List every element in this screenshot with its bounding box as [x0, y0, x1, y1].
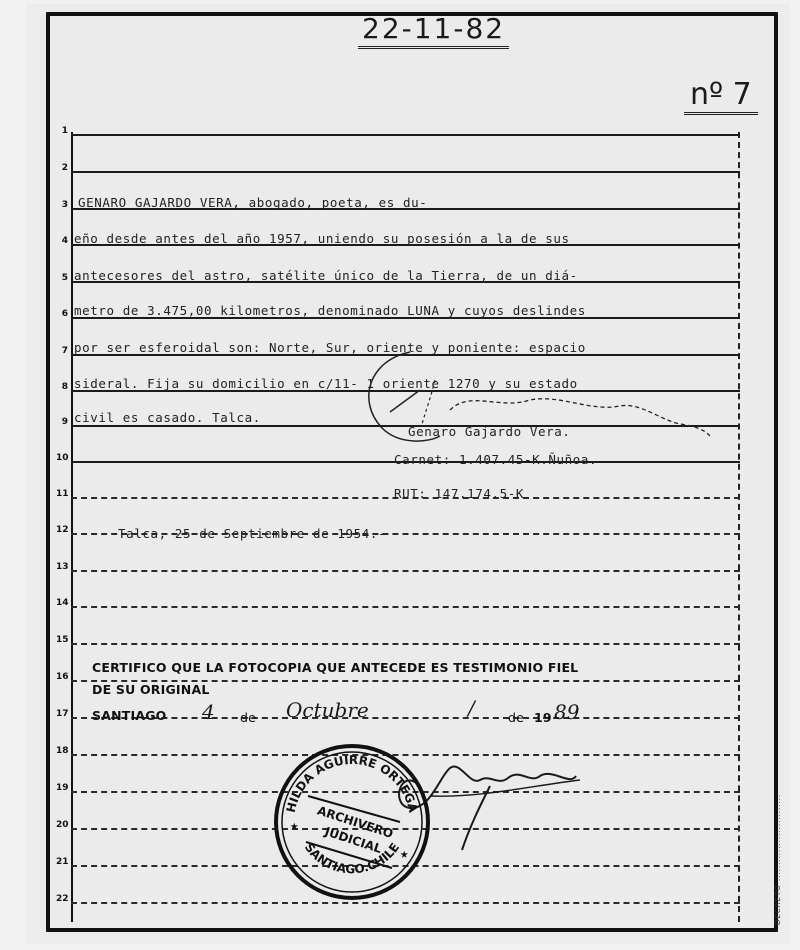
line-number: 10: [56, 453, 68, 463]
form-rule: [71, 606, 740, 608]
line-number: 6: [56, 309, 68, 319]
line-number: 8: [56, 382, 68, 392]
certification-year-suffix: 89: [554, 700, 579, 724]
signer-rut: RUT: 147.174.5-K: [394, 486, 524, 501]
certification-mark: /: [468, 696, 475, 720]
line-number: 22: [56, 894, 68, 904]
certification-year-prefix: 19: [534, 710, 552, 725]
line-number: 4: [56, 236, 68, 246]
form-rule: [71, 570, 740, 572]
place-and-date: Talca, 25 de Septiembre de 1954.-: [118, 526, 386, 541]
body-line-2: eño desde antes del año 1957, uniendo su…: [74, 231, 570, 246]
body-line-1: GENARO GAJARDO VERA, abogado, poeta, es …: [78, 195, 427, 210]
line-number: 9: [56, 417, 68, 427]
line-number: 16: [56, 672, 68, 682]
certification-line-1: CERTIFICO QUE LA FOTOCOPIA QUE ANTECEDE …: [92, 660, 578, 675]
side-print-text: DECRETO ...........................: [774, 745, 788, 925]
line-number: 17: [56, 709, 68, 719]
form-rule: [71, 902, 740, 904]
line-number: 20: [56, 820, 68, 830]
line-number: 3: [56, 200, 68, 210]
line-number: 18: [56, 746, 68, 756]
certification-month: Octubre: [286, 698, 369, 722]
line-number: 13: [56, 562, 68, 572]
body-line-7: civil es casado. Talca.: [74, 410, 261, 425]
signer-carnet: Carnet: 1.407.45-K.Ñuñoa.: [394, 452, 597, 467]
document-number: nº 7: [684, 78, 758, 115]
archive-seal-stamp: HILDA AGUIRRE ORTEGA SANTIAGO.CHILE ARCH…: [272, 742, 432, 902]
certification-city: SANTIAGO: [92, 708, 166, 723]
line-number: 7: [56, 346, 68, 356]
line-number: 14: [56, 598, 68, 608]
certification-de-2: de: [508, 710, 524, 725]
form-rule: [71, 717, 740, 719]
certification-line-2: DE SU ORIGINAL: [92, 682, 210, 697]
stamp-star-right-icon: ★: [400, 846, 409, 862]
form-rule: [71, 134, 740, 136]
body-line-3: antecesores del astro, satélite único de…: [74, 268, 578, 283]
line-number: 2: [56, 163, 68, 173]
line-number: 21: [56, 857, 68, 867]
certification-de-1: de: [240, 710, 256, 725]
line-number: 15: [56, 635, 68, 645]
body-line-4: metro de 3.475,00 kilometros, denominado…: [74, 303, 586, 318]
handwritten-date: 22-11-82: [358, 12, 509, 49]
line-number: 1: [56, 126, 68, 136]
form-rule: [71, 643, 740, 645]
signature-upper: [360, 350, 720, 450]
line-number: 11: [56, 489, 68, 499]
certification-day: 4: [202, 700, 215, 724]
stamp-star-left-icon: ★: [290, 818, 299, 834]
line-number: 12: [56, 525, 68, 535]
line-number: 19: [56, 783, 68, 793]
form-rule: [71, 171, 740, 173]
line-number: 5: [56, 273, 68, 283]
